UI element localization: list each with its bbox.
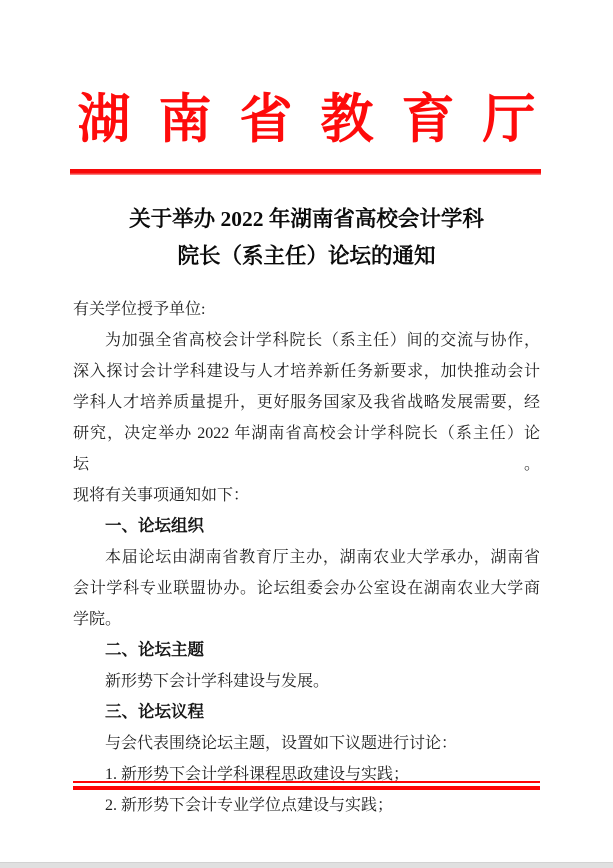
salutation-line: 有关学位授予单位: — [73, 294, 540, 325]
letterhead-red-rule — [70, 169, 541, 175]
section-heading-1: 一、论坛组织 — [73, 511, 540, 542]
section-heading-3: 三、论坛议程 — [73, 697, 540, 728]
paragraph-line: 研究，决定举办 2022 年湖南省高校会计学科院长（系主任）论坛。 — [73, 418, 540, 480]
document-title: 关于举办 2022 年湖南省高校会计学科 院长（系主任）论坛的通知 — [0, 201, 613, 275]
document-title-line-2: 院长（系主任）论坛的通知 — [0, 238, 613, 275]
list-item-2: 2. 新形势下会计专业学位点建设与实践； — [73, 790, 540, 821]
paragraph-line: 学院。 — [73, 604, 540, 635]
paragraph-line: 会计学科专业联盟协办。论坛组委会办公室设在湖南农业大学商 — [73, 573, 540, 604]
paragraph-line: 现将有关事项通知如下： — [73, 480, 540, 511]
section-heading-2: 二、论坛主题 — [73, 635, 540, 666]
paragraph-line: 深入探讨会计学科建设与人才培养新任务新要求，加快推动会计 — [73, 356, 540, 387]
paragraph-line: 新形势下会计学科建设与发展。 — [73, 666, 540, 697]
page-bottom-edge — [0, 862, 613, 868]
paragraph-line: 与会代表围绕论坛主题，设置如下议题进行讨论： — [73, 728, 540, 759]
paragraph-line: 为加强全省高校会计学科院长（系主任）间的交流与协作， — [73, 325, 540, 356]
document-title-line-1: 关于举办 2022 年湖南省高校会计学科 — [0, 201, 613, 238]
letterhead-agency-name: 湖南省教育厅 — [0, 88, 613, 152]
paragraph-line: 本届论坛由湖南省教育厅主办，湖南农业大学承办，湖南省 — [73, 542, 540, 573]
footer-red-double-rule — [73, 781, 540, 790]
document-body: 有关学位授予单位: 为加强全省高校会计学科院长（系主任）间的交流与协作， 深入探… — [73, 294, 540, 821]
paragraph-line: 学科人才培养质量提升，更好服务国家及我省战略发展需要，经 — [73, 387, 540, 418]
document-page: 湖南省教育厅 关于举办 2022 年湖南省高校会计学科 院长（系主任）论坛的通知… — [0, 0, 613, 868]
